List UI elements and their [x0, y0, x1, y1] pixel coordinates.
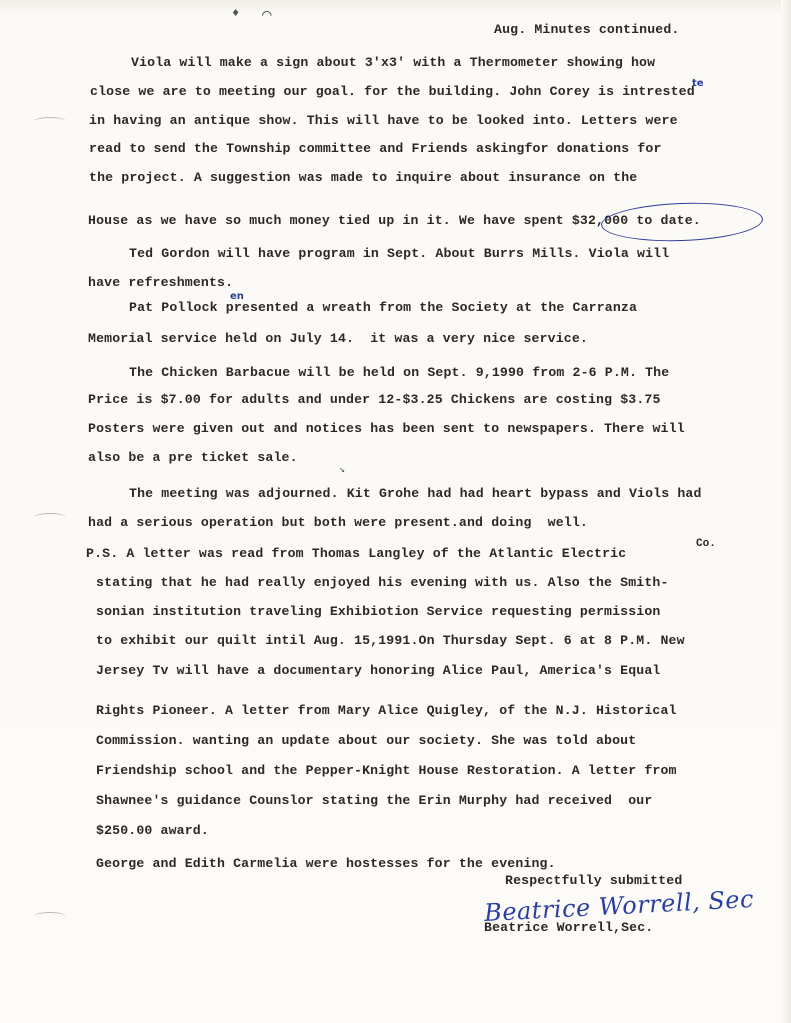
stray-mark: ↘ [339, 464, 345, 476]
text-line: sonian institution traveling Exhibiotion… [96, 604, 660, 620]
binder-hole-mark [34, 912, 66, 921]
text-line: The Chicken Barbacue will be held on Sep… [129, 365, 669, 381]
text-line: have refreshments. [88, 275, 233, 291]
typed-signature: Beatrice Worrell,Sec. [484, 920, 653, 936]
text-line: in having an antique show. This will hav… [89, 113, 678, 129]
binder-hole-mark [34, 117, 66, 126]
text-line: Viola will make a sign about 3'x3' with … [131, 55, 655, 71]
text-line: read to send the Township committee and … [89, 141, 662, 157]
text-line: The meeting was adjourned. Kit Grohe had… [129, 486, 702, 502]
page-header: Aug. Minutes continued. [494, 22, 679, 38]
closing-text: Respectfully submitted [505, 873, 682, 889]
text-line: to exhibit our quilt intil Aug. 15,1991.… [96, 633, 685, 649]
stray-mark: ⌒ [262, 4, 272, 24]
page-edge-shadow [781, 0, 791, 1023]
text-line: Commission. wanting an update about our … [96, 733, 636, 749]
text-line: $250.00 award. [96, 823, 209, 839]
stray-mark: ♦ [232, 6, 239, 20]
document-page: ♦ ⌒ Aug. Minutes continued. Viola will m… [0, 0, 791, 1023]
text-line: had a serious operation but both were pr… [88, 515, 588, 531]
handwritten-correction: te [692, 78, 704, 89]
text-line: the project. A suggestion was made to in… [89, 170, 637, 186]
text-line: also be a pre ticket sale. [88, 450, 298, 466]
superscript-co: Co. [696, 538, 716, 550]
text-line: close we are to meeting our goal. for th… [90, 84, 695, 100]
text-line: George and Edith Carmelia were hostesses… [96, 856, 556, 872]
text-line: Shawnee's guidance Counslor stating the … [96, 793, 652, 809]
binder-hole-mark [34, 513, 66, 522]
text-line: Rights Pioneer. A letter from Mary Alice… [96, 703, 677, 719]
text-line: Pat Pollock presented a wreath from the … [129, 300, 637, 316]
text-line: P.S. A letter was read from Thomas Langl… [86, 546, 626, 562]
text-line: stating that he had really enjoyed his e… [96, 575, 669, 591]
text-line: Memorial service held on July 14. it was… [88, 331, 588, 347]
text-line: Jersey Tv will have a documentary honori… [96, 663, 660, 679]
text-line: Price is $7.00 for adults and under 12-$… [88, 392, 661, 408]
text-line: Posters were given out and notices has b… [88, 421, 685, 437]
text-line: Friendship school and the Pepper-Knight … [96, 763, 677, 779]
handwritten-circle-amount [600, 200, 763, 244]
text-line: Ted Gordon will have program in Sept. Ab… [129, 246, 669, 262]
